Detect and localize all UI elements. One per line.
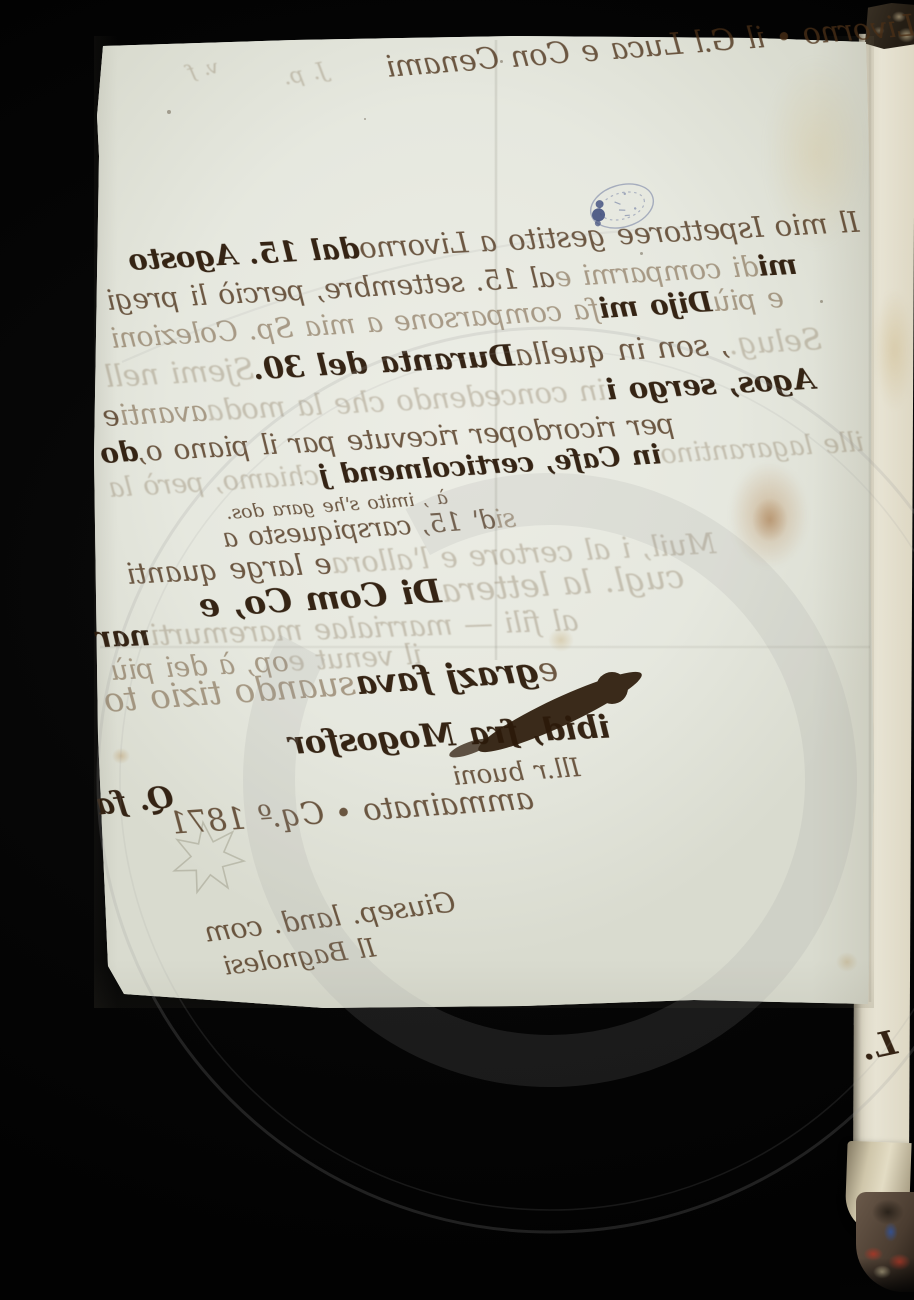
photo-background: Livorno ∙ il G.l Luca e Con Cenamiv. fJ.… [0,0,914,1300]
ink-blot [0,0,914,1300]
